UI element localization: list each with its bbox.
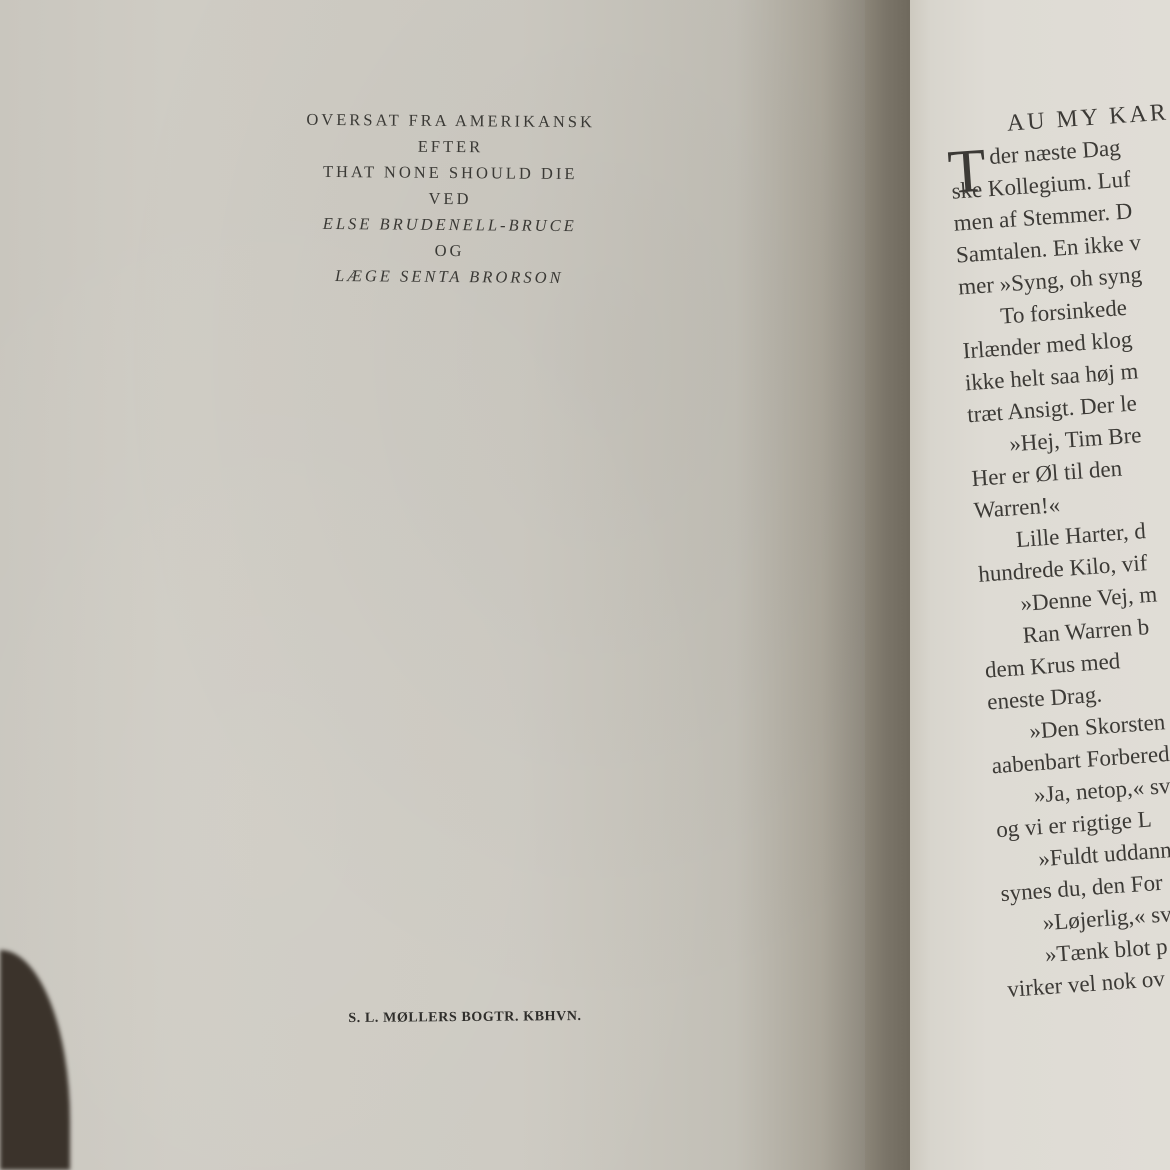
- and-label: OG: [259, 236, 639, 265]
- translated-from-label: OVERSAT FRA AMERIKANSK: [261, 106, 641, 135]
- original-title: THAT NONE SHOULD DIE: [260, 158, 640, 187]
- translator-1: ELSE BRUDENELL-BRUCE: [260, 210, 640, 239]
- by-label: VED: [260, 184, 640, 213]
- after-label: EFTER: [260, 132, 640, 161]
- chapter-text: T AU MY KAR der næste Dag ske Kollegium.…: [946, 83, 1170, 1006]
- translator-2: LÆGE SENTA BRORSON: [259, 262, 639, 291]
- right-book-page: T AU MY KAR der næste Dag ske Kollegium.…: [910, 0, 1170, 1170]
- drop-cap: T: [946, 139, 988, 203]
- translation-credits: OVERSAT FRA AMERIKANSK EFTER THAT NONE S…: [259, 106, 641, 291]
- book-gutter: [865, 0, 913, 1170]
- printer-imprint: S. L. MØLLERS BOGTR. KBHVN.: [300, 1009, 630, 1028]
